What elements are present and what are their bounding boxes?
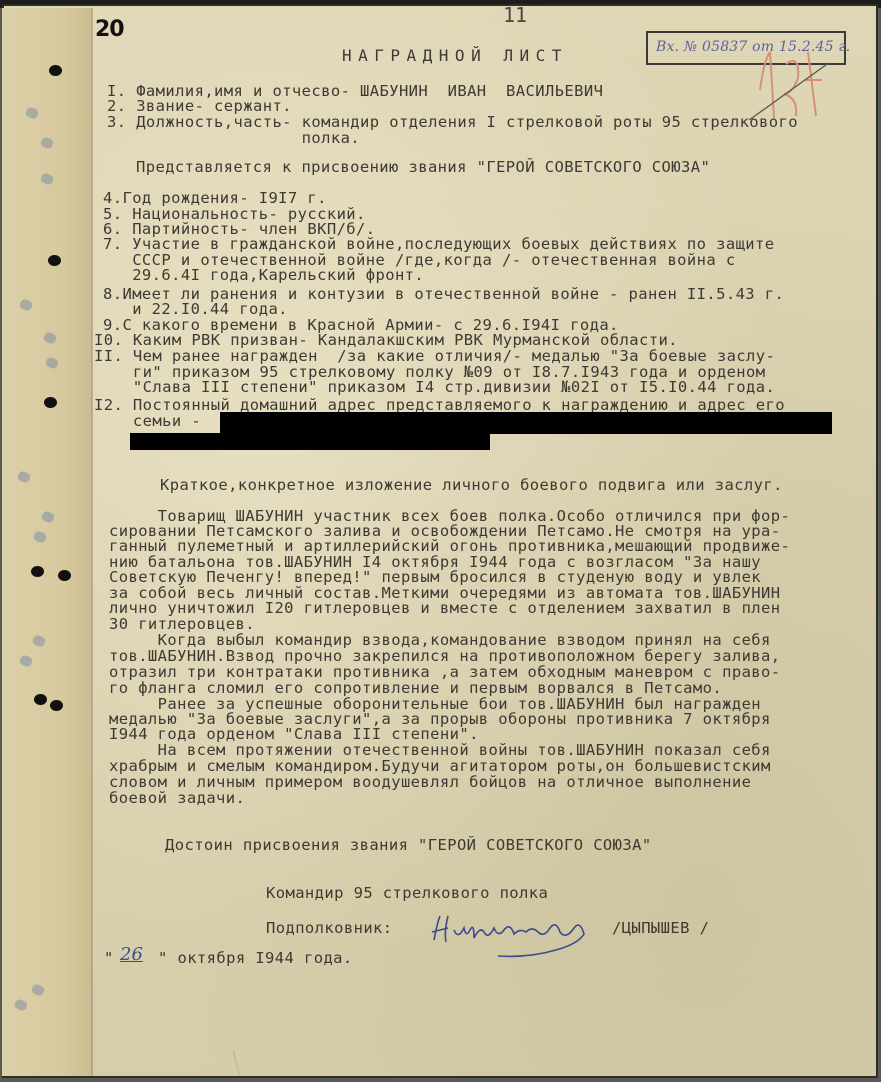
commander-name: /ЦЫПЫШЕВ / xyxy=(612,921,709,936)
detail-line: 29.6.4I года,Карельский фронт. xyxy=(103,268,424,283)
page-mark: 11 xyxy=(503,3,527,27)
narrative-line: словом и личным примером воодушевлял бой… xyxy=(109,775,751,790)
redaction-bar xyxy=(130,433,490,450)
narrative-line: I944 года орденом "Слава III степени". xyxy=(109,727,479,742)
narrative-line: Советскую Печенгу! вперед!" первым броси… xyxy=(109,570,761,585)
detail-line: семьи - xyxy=(94,414,201,429)
rank-label: Подполковник: xyxy=(266,921,393,936)
field-3-position: 3. Должность,часть- командир отделения I… xyxy=(107,115,798,130)
document-title: НАГРАДНОЙ ЛИСТ xyxy=(342,46,568,65)
sheet-number: 20 xyxy=(95,17,124,42)
detail-line: и 22.I0.44 года. xyxy=(103,302,288,317)
detail-line: 4.Год рождения- I9I7 г. xyxy=(103,191,327,206)
field-3-position-cont: полка. xyxy=(107,131,360,146)
summary-heading: Краткое,конкретное изложение личного бое… xyxy=(160,478,783,493)
binding-hole xyxy=(48,255,61,266)
narrative-line: тов.ШАБУНИН.Взвод прочно закрепился на п… xyxy=(109,649,781,664)
binding-hole xyxy=(31,566,44,577)
detail-line: I0. Каким РВК призван- Кандалакшским РВК… xyxy=(94,333,678,348)
detail-line: I2. Постоянный домашний адрес представля… xyxy=(94,398,785,413)
nomination-line: Представляется к присвоению звания "ГЕРО… xyxy=(136,160,710,175)
field-2-rank: 2. Звание- сержант. xyxy=(107,99,292,114)
binding-hole xyxy=(44,397,57,408)
commander-title: Командир 95 стрелкового полка xyxy=(266,886,548,901)
handwritten-red-mark xyxy=(748,50,828,120)
binding-margin xyxy=(2,8,92,1076)
detail-line: II. Чем ранее награжден /за какие отличи… xyxy=(94,349,775,364)
redaction-bar xyxy=(220,412,832,434)
binding-hole xyxy=(49,65,62,76)
narrative-line: го фланга сломил его сопротивление и пер… xyxy=(109,681,722,696)
date-day-handwritten: 26 xyxy=(120,944,143,965)
handwritten-signature xyxy=(428,910,608,960)
detail-line: 7. Участие в гражданской войне,последующ… xyxy=(103,237,775,252)
narrative-line: лично уничтожил I20 гитлеровцев и вместе… xyxy=(109,601,781,616)
narrative-line: храбрым и смелым командиром.Будучи агита… xyxy=(109,759,771,774)
detail-line: "Слава III степени" приказом I4 стр.диви… xyxy=(94,380,775,395)
narrative-line: отразил три контратаки противника ,а зат… xyxy=(109,665,781,680)
conclusion-line: Достоин присвоения звания "ГЕРОЙ СОВЕТСК… xyxy=(165,838,652,853)
binding-hole xyxy=(34,694,47,705)
binding-hole xyxy=(50,700,63,711)
narrative-line: 30 гитлеровцев. xyxy=(109,617,255,632)
date-open-quote: " xyxy=(104,951,114,966)
narrative-line: Когда выбыл командир взвода,командование… xyxy=(109,633,771,648)
narrative-line: На всем протяжении отечественной войны т… xyxy=(109,743,771,758)
narrative-line: ганный пулеметный и артиллерийский огонь… xyxy=(109,539,790,554)
narrative-line: боевой задачи. xyxy=(109,791,245,806)
date-rest: " октября I944 года. xyxy=(158,951,353,966)
binding-hole xyxy=(58,570,71,581)
binding-margin-edge xyxy=(91,8,93,1076)
